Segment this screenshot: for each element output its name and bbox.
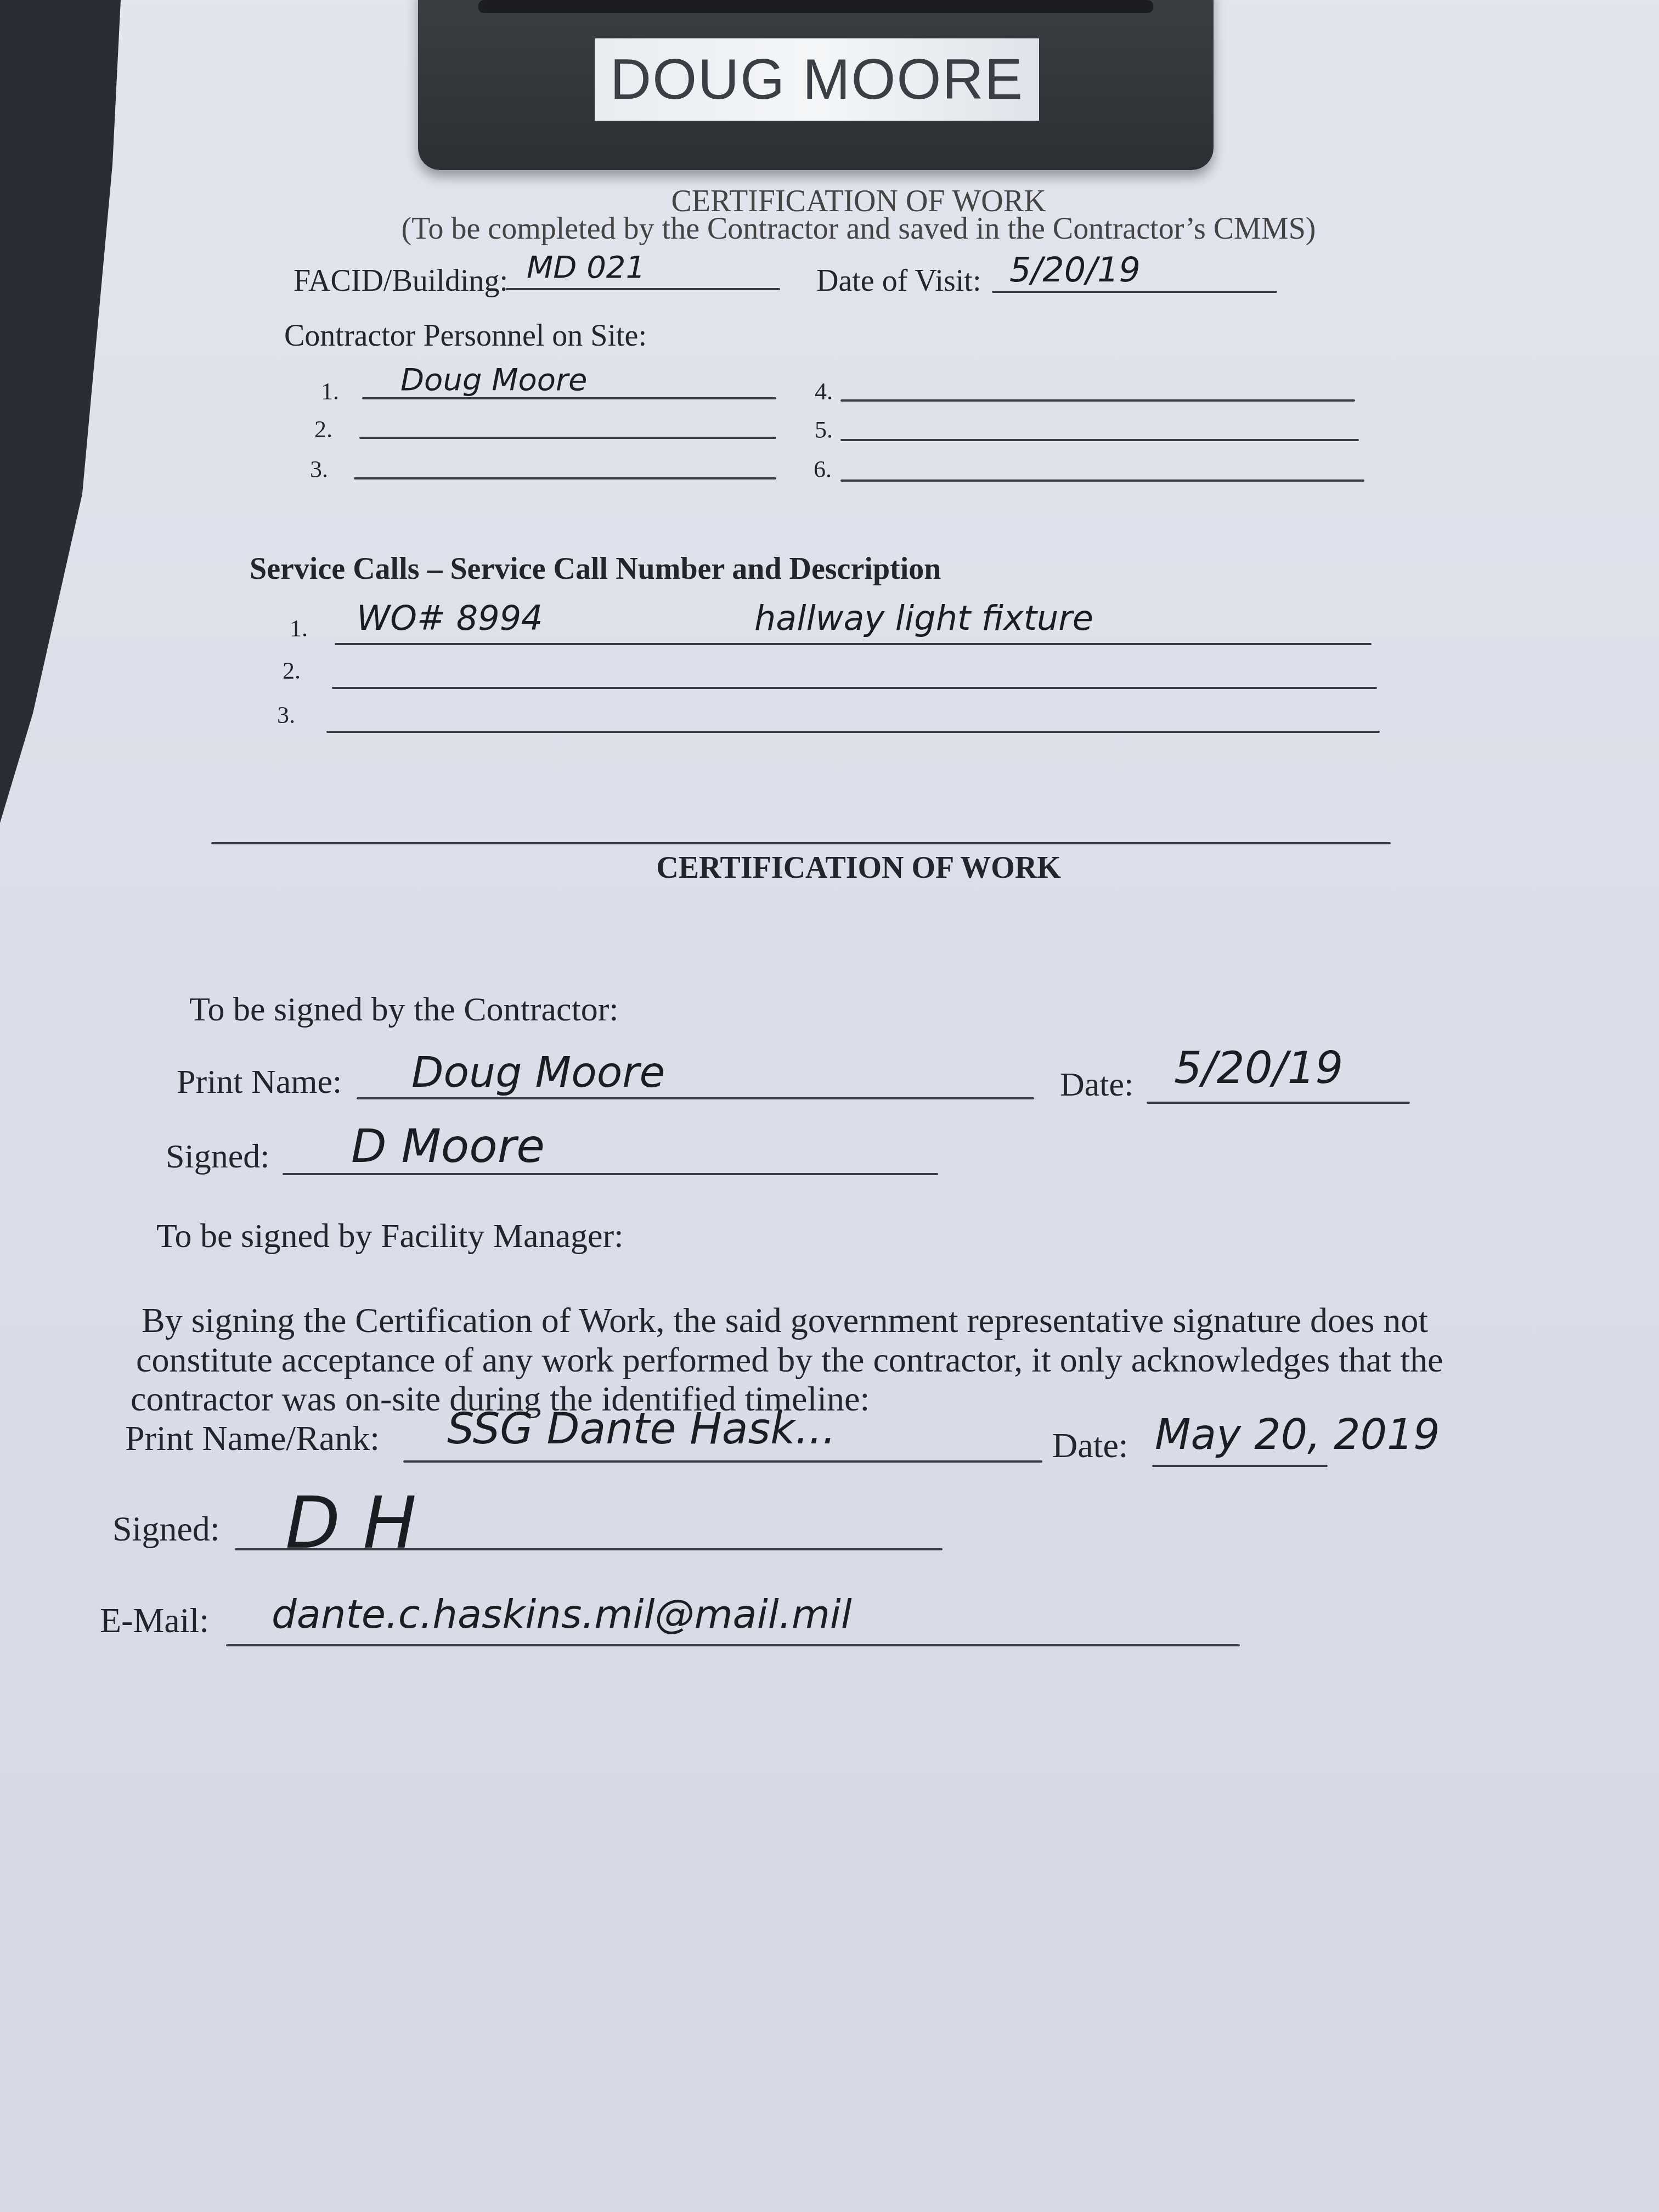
- facid-value[interactable]: MD 021: [527, 250, 645, 285]
- personnel-num: 4.: [815, 377, 833, 405]
- print-name-label: Print Name:: [177, 1063, 342, 1102]
- disclaimer-line: By signing the Certification of Work, th…: [142, 1300, 1428, 1341]
- service-call-description[interactable]: hallway light fixture: [754, 598, 1093, 638]
- service-call-line: [335, 643, 1372, 645]
- email-label: E-Mail:: [100, 1600, 209, 1641]
- personnel-num: 3.: [310, 455, 328, 483]
- personnel-num: 5.: [815, 416, 833, 444]
- manager-signed-label: Signed:: [112, 1509, 220, 1549]
- date-line: [1147, 1102, 1410, 1104]
- personnel-label: Contractor Personnel on Site:: [284, 318, 647, 353]
- service-calls-label: Service Calls – Service Call Number and …: [250, 551, 941, 586]
- manager-section-label: To be signed by Facility Manager:: [156, 1217, 623, 1256]
- personnel-line: [362, 397, 776, 399]
- service-call-num: 1.: [290, 614, 308, 642]
- email-line: [226, 1644, 1240, 1646]
- certification-heading: CERTIFICATION OF WORK: [656, 850, 1061, 885]
- form-subtitle: (To be completed by the Contractor and s…: [402, 211, 1316, 246]
- date-label: Date:: [1060, 1065, 1133, 1104]
- disclaimer-line: constitute acceptance of any work perfor…: [136, 1340, 1443, 1380]
- personnel-num: 1.: [321, 377, 339, 405]
- print-name-line: [357, 1097, 1034, 1099]
- date-of-visit-line: [992, 291, 1277, 293]
- service-call-num: 3.: [277, 701, 295, 729]
- date-of-visit-value[interactable]: 5/20/19: [1009, 250, 1141, 290]
- section-divider: [211, 842, 1391, 844]
- signed-line: [283, 1173, 938, 1175]
- manager-signed-line: [235, 1548, 943, 1550]
- contractor-section-label: To be signed by the Contractor:: [189, 990, 619, 1029]
- paper-sheet: [0, 0, 1659, 2212]
- personnel-line[interactable]: [840, 399, 1355, 402]
- service-call-number[interactable]: WO# 8994: [357, 598, 543, 638]
- personnel-line[interactable]: [840, 439, 1359, 441]
- email-value[interactable]: dante.c.haskins.mil@mail.mil: [272, 1591, 852, 1637]
- facid-label: FACID/Building:: [294, 263, 508, 298]
- signed-label: Signed:: [166, 1137, 269, 1176]
- service-call-num: 2.: [283, 657, 301, 685]
- service-call-line[interactable]: [332, 687, 1377, 689]
- manager-print-line: [403, 1460, 1042, 1463]
- manager-signature[interactable]: D H: [285, 1481, 416, 1565]
- contractor-signature[interactable]: D Moore: [351, 1119, 545, 1173]
- manager-print-label: Print Name/Rank:: [125, 1418, 380, 1459]
- personnel-line[interactable]: [840, 479, 1364, 482]
- nameplate: DOUG MOORE: [595, 38, 1039, 121]
- manager-date-line: [1152, 1465, 1328, 1467]
- personnel-line[interactable]: [359, 437, 776, 439]
- personnel-num: 2.: [314, 415, 332, 443]
- personnel-line[interactable]: [354, 477, 776, 479]
- personnel-num: 6.: [814, 455, 832, 483]
- personnel-value[interactable]: Doug Moore: [400, 362, 588, 398]
- service-call-line[interactable]: [326, 731, 1380, 733]
- manager-date-label: Date:: [1052, 1425, 1128, 1466]
- print-name-value[interactable]: Doug Moore: [411, 1048, 665, 1097]
- date-of-visit-label: Date of Visit:: [816, 263, 981, 298]
- date-value[interactable]: 5/20/19: [1174, 1042, 1343, 1093]
- manager-print-value[interactable]: SSG Dante Hask...: [447, 1404, 836, 1454]
- manager-date-value[interactable]: May 20, 2019: [1155, 1410, 1440, 1459]
- clip-slot: [478, 0, 1153, 13]
- clipboard-clip: DOUG MOORE: [418, 0, 1214, 170]
- facid-line: [506, 288, 780, 290]
